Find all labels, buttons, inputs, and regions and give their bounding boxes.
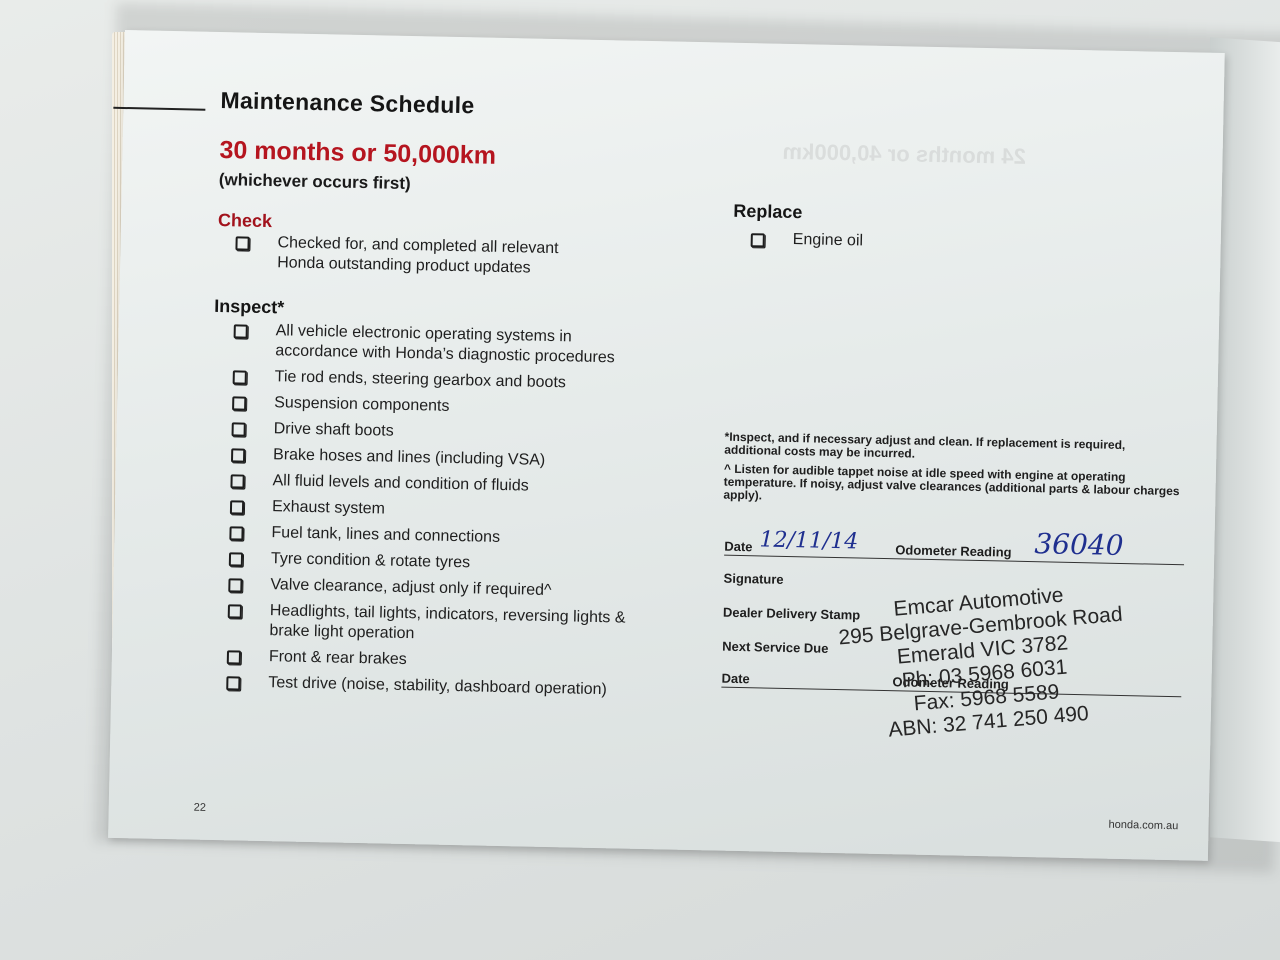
replace-item[interactable]: Engine oil [751, 229, 864, 251]
inspect-item[interactable]: Tie rod ends, steering gearbox and boots [233, 366, 567, 393]
inspect-item[interactable]: Exhaust system [230, 496, 385, 519]
date-label: Date [724, 539, 752, 555]
inspect-item-label: Tie rod ends, steering gearbox and boots [275, 367, 567, 393]
checkbox-icon[interactable] [227, 650, 241, 664]
checkbox-icon[interactable] [230, 474, 244, 488]
inspect-item[interactable]: Test drive (noise, stability, dashboard … [226, 672, 607, 700]
inspect-item-label: Suspension components [274, 393, 450, 417]
inspect-item[interactable]: Headlights, tail lights, indicators, rev… [227, 600, 625, 648]
inspect-footnote: *Inspect, and if necessary adjust and cl… [724, 431, 1184, 467]
signature-label: Signature [723, 571, 783, 587]
page-title: Maintenance Schedule [220, 87, 474, 119]
checkbox-icon[interactable] [231, 448, 245, 462]
checkbox-icon[interactable] [230, 500, 244, 514]
checkbox-icon[interactable] [232, 396, 246, 410]
booklet-page: 24 months or 40,000km Maintenance Schedu… [108, 30, 1225, 861]
next-service-label: Next Service Due [722, 639, 829, 656]
service-interval: 30 months or 50,000km [219, 136, 496, 171]
checkbox-icon[interactable] [229, 526, 243, 540]
checkbox-icon[interactable] [235, 236, 249, 250]
inspect-item[interactable]: Drive shaft boots [231, 418, 393, 441]
inspect-item-label: Tyre condition & rotate tyres [271, 549, 471, 573]
checkbox-icon[interactable] [228, 604, 242, 618]
inspect-item-label: Drive shaft boots [273, 419, 393, 442]
check-item-label: Checked for, and completed all relevant … [277, 233, 559, 279]
inspect-item[interactable]: Brake hoses and lines (including VSA) [231, 444, 546, 471]
inspect-item-label: Exhaust system [272, 497, 385, 519]
checkbox-icon[interactable] [228, 578, 242, 592]
inspect-item[interactable]: Front & rear brakes [227, 646, 407, 670]
odometer-label: Odometer Reading [895, 542, 1012, 559]
checkbox-icon[interactable] [229, 552, 243, 566]
odometer-value: 36040 [1034, 527, 1124, 562]
inspect-heading: Inspect* [214, 296, 284, 318]
checkbox-icon[interactable] [234, 324, 248, 338]
dealer-stamp: Emcar Automotive 295 Belgrave-Gembrook R… [813, 577, 1154, 748]
checkbox-icon[interactable] [233, 370, 247, 384]
website-footer: honda.com.au [1108, 819, 1178, 832]
replace-heading: Replace [733, 201, 802, 223]
inspect-item[interactable]: Valve clearance, adjust only if required… [228, 574, 551, 601]
tappet-footnote: ^ Listen for audible tappet noise at idl… [723, 463, 1184, 512]
inspect-item[interactable]: Tyre condition & rotate tyres [229, 548, 471, 573]
inspect-item-label: Brake hoses and lines (including VSA) [273, 445, 546, 471]
replace-item-label: Engine oil [793, 230, 864, 251]
inspect-item[interactable]: All fluid levels and condition of fluids [230, 470, 529, 496]
inspect-item-label: Headlights, tail lights, indicators, rev… [269, 601, 625, 648]
check-heading: Check [218, 210, 272, 232]
title-rule [113, 107, 205, 111]
check-item[interactable]: Checked for, and completed all relevant … [235, 232, 559, 279]
next-date-label: Date [721, 671, 749, 687]
checkbox-icon[interactable] [232, 422, 246, 436]
checkbox-icon[interactable] [751, 233, 765, 247]
inspect-item[interactable]: All vehicle electronic operating systems… [233, 320, 615, 368]
inspect-item-label: All fluid levels and condition of fluids [272, 471, 529, 496]
inspect-item[interactable]: Suspension components [232, 392, 450, 417]
checkbox-icon[interactable] [226, 676, 240, 690]
inspect-item[interactable]: Fuel tank, lines and connections [229, 522, 500, 548]
interval-note: (whichever occurs first) [219, 170, 411, 194]
inspect-item-label: Test drive (noise, stability, dashboard … [268, 673, 607, 700]
date-value: 12/11/14 [759, 527, 858, 554]
page-number: 22 [194, 802, 206, 814]
bleed-through-text: 24 months or 40,000km [782, 139, 1026, 170]
inspect-item-label: All vehicle electronic operating systems… [275, 321, 615, 368]
inspect-item-label: Front & rear brakes [269, 647, 407, 670]
inspect-item-label: Valve clearance, adjust only if required… [270, 575, 551, 601]
inspect-item-label: Fuel tank, lines and connections [271, 523, 500, 548]
